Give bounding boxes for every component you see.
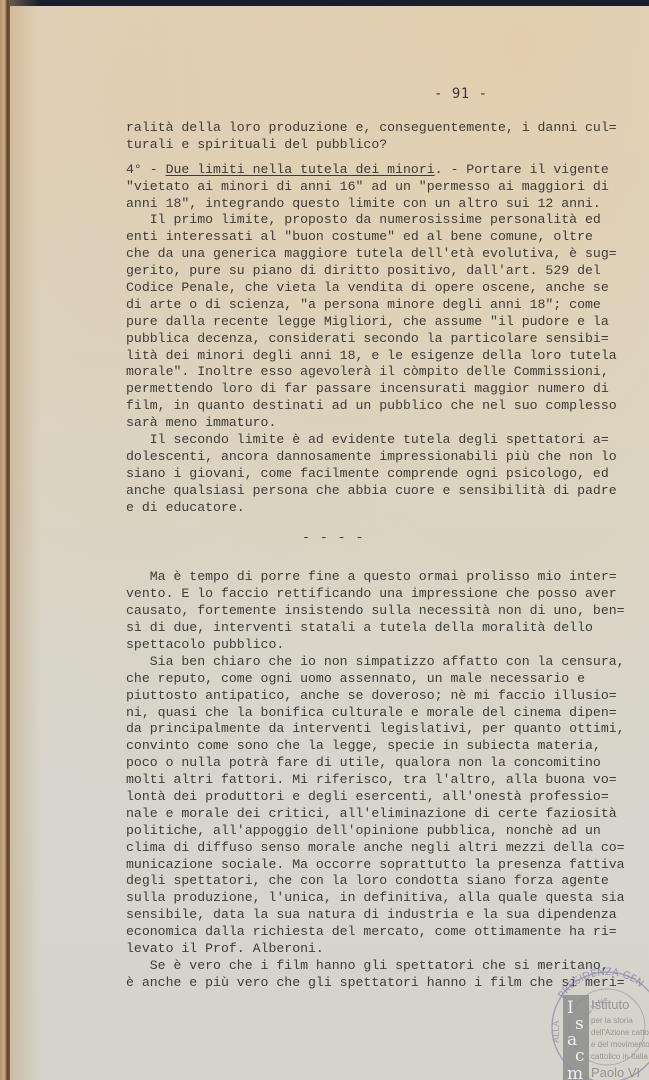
text-line: "vietato ai minori di anni 16" ad un "pe… bbox=[126, 179, 626, 196]
text-line: da principalmente da interventi legislat… bbox=[126, 721, 626, 738]
text-line: nale e morale dei critici, all'eliminazi… bbox=[126, 806, 626, 823]
stamp-logo-letter: c bbox=[575, 1046, 585, 1066]
text-line: Sia ben chiaro che io non simpatizzo aff… bbox=[126, 654, 626, 671]
page-binding bbox=[0, 0, 10, 1080]
text-line: Ma è tempo di porre fine a questo ormai … bbox=[126, 569, 626, 586]
text-line: ralità della loro produzione e, consegue… bbox=[126, 120, 626, 137]
stamp-logo-letter: I bbox=[567, 998, 574, 1018]
text-line: molti altri fattori. Mi riferisco, tra l… bbox=[126, 772, 626, 789]
document-body: ralità della loro produzione e, consegue… bbox=[126, 120, 626, 992]
section-heading-line: 4° - Due limiti nella tutela dei minori.… bbox=[126, 162, 626, 179]
stamp-logo-letter: m bbox=[567, 1064, 583, 1080]
text-line: che reputo, come ogni uomo assennato, un… bbox=[126, 671, 626, 688]
text-line: enti interessati al "buon costume" ed al… bbox=[126, 229, 626, 246]
text-line: film, in quanto destinati ad un pubblico… bbox=[126, 398, 626, 415]
page-number: - 91 - bbox=[434, 86, 488, 102]
stamp-institute-line: Paolo VI bbox=[591, 1065, 640, 1080]
text-line: e di educatore. bbox=[126, 500, 626, 517]
text-line: politiche, all'appoggio dell'opinione pu… bbox=[126, 823, 626, 840]
text-line: Il secondo limite è ad evidente tutela d… bbox=[126, 432, 626, 449]
text-line: spettacolo pubblico. bbox=[126, 637, 626, 654]
paragraph: Sia ben chiaro che io non simpatizzo aff… bbox=[126, 654, 626, 958]
text-line: vento. E lo faccio rettificando una impr… bbox=[126, 586, 626, 603]
text-line: clima di diffuso senso morale anche negl… bbox=[126, 840, 626, 857]
paragraph: Ma è tempo di porre fine a questo ormai … bbox=[126, 569, 626, 653]
text-line: Codice Penale, che vieta la vendita di o… bbox=[126, 280, 626, 297]
text-line: convinto come sono che la legge, specie … bbox=[126, 738, 626, 755]
text-line: permettendo loro di far passare incensur… bbox=[126, 381, 626, 398]
document-page: - 91 - ralità della loro produzione e, c… bbox=[0, 0, 649, 1080]
stamp-graphic: PRESIDENZA GEN AZIONE ALLA Isacm Istitut… bbox=[545, 965, 649, 1080]
text-line: che da una generica maggiore tutela dell… bbox=[126, 246, 626, 263]
stamp-institute-line: cattolico in Italia bbox=[591, 1052, 648, 1061]
text-line: economica dalla richiesta del mercato, c… bbox=[126, 924, 626, 941]
text-line: municazione sociale. Ma occorre soprattu… bbox=[126, 857, 626, 874]
stamp-institute-line: Istituto bbox=[591, 997, 629, 1012]
text-line: sì di due, interventi statali a tutela d… bbox=[126, 620, 626, 637]
text-line: Il primo limite, proposto da numerosissi… bbox=[126, 212, 626, 229]
paragraph: Il secondo limite è ad evidente tutela d… bbox=[126, 432, 626, 516]
text-line: lità dei minori degli anni 18, e le esig… bbox=[126, 348, 626, 365]
text-line: anche qualsiasi persona che abbia cuore … bbox=[126, 483, 626, 500]
text-line: sensibile, data la sua natura di industr… bbox=[126, 907, 626, 924]
text-line: levato il Prof. Alberoni. bbox=[126, 941, 626, 958]
text-line: gerito, pure su piano di diritto positiv… bbox=[126, 263, 626, 280]
stamp-left-text: ALLA bbox=[552, 1020, 562, 1043]
text-line: anni 18", integrando questo limite con u… bbox=[126, 196, 626, 213]
text-line: turali e spirituali del pubblico? bbox=[126, 137, 626, 154]
paragraph: 4° - Due limiti nella tutela dei minori.… bbox=[126, 162, 626, 213]
paragraph: Il primo limite, proposto da numerosissi… bbox=[126, 212, 626, 432]
stamp-institute-line: dell'Azione cattolica bbox=[591, 1028, 649, 1037]
section-heading: Due limiti nella tutela dei minori bbox=[166, 162, 435, 177]
paragraph: ralità della loro produzione e, consegue… bbox=[126, 120, 626, 154]
scan-top-edge bbox=[0, 0, 649, 6]
text-line: dolescenti, ancora dannosamente impressi… bbox=[126, 449, 626, 466]
text-line: pubblica decenza, considerati secondo la… bbox=[126, 331, 626, 348]
archive-stamp: PRESIDENZA GEN AZIONE ALLA Isacm Istitut… bbox=[545, 965, 649, 1080]
text-line: siano i giovani, come facilmente compren… bbox=[126, 466, 626, 483]
text-line: morale". Inoltre esso agevolerà il còmpi… bbox=[126, 364, 626, 381]
section-separator: - - - - bbox=[126, 530, 626, 547]
text-line: sarà meno immaturo. bbox=[126, 415, 626, 432]
text-line: lontà dei produttori e degli esercenti, … bbox=[126, 789, 626, 806]
text-line: di arte o di scienza, "a persona minore … bbox=[126, 297, 626, 314]
text-line: poco o nulla potrà fare di utile, qualor… bbox=[126, 755, 626, 772]
text-line: sulla produzione, l'unica, in definitiva… bbox=[126, 890, 626, 907]
text-line: pure dalla recente legge Migliori, che a… bbox=[126, 314, 626, 331]
stamp-institute-line: e del movimento bbox=[591, 1040, 649, 1049]
text-line: degli spettatori, che con la loro condot… bbox=[126, 873, 626, 890]
text-line: piuttosto antipatico, anche se doveroso;… bbox=[126, 688, 626, 705]
text-line: causato, fortemente insistendo sulla nec… bbox=[126, 603, 626, 620]
stamp-institute-line: per la storia bbox=[591, 1016, 633, 1025]
binding-shadow bbox=[10, 0, 40, 1080]
text-line: ni, quasi che la bonifica culturale e mo… bbox=[126, 705, 626, 722]
